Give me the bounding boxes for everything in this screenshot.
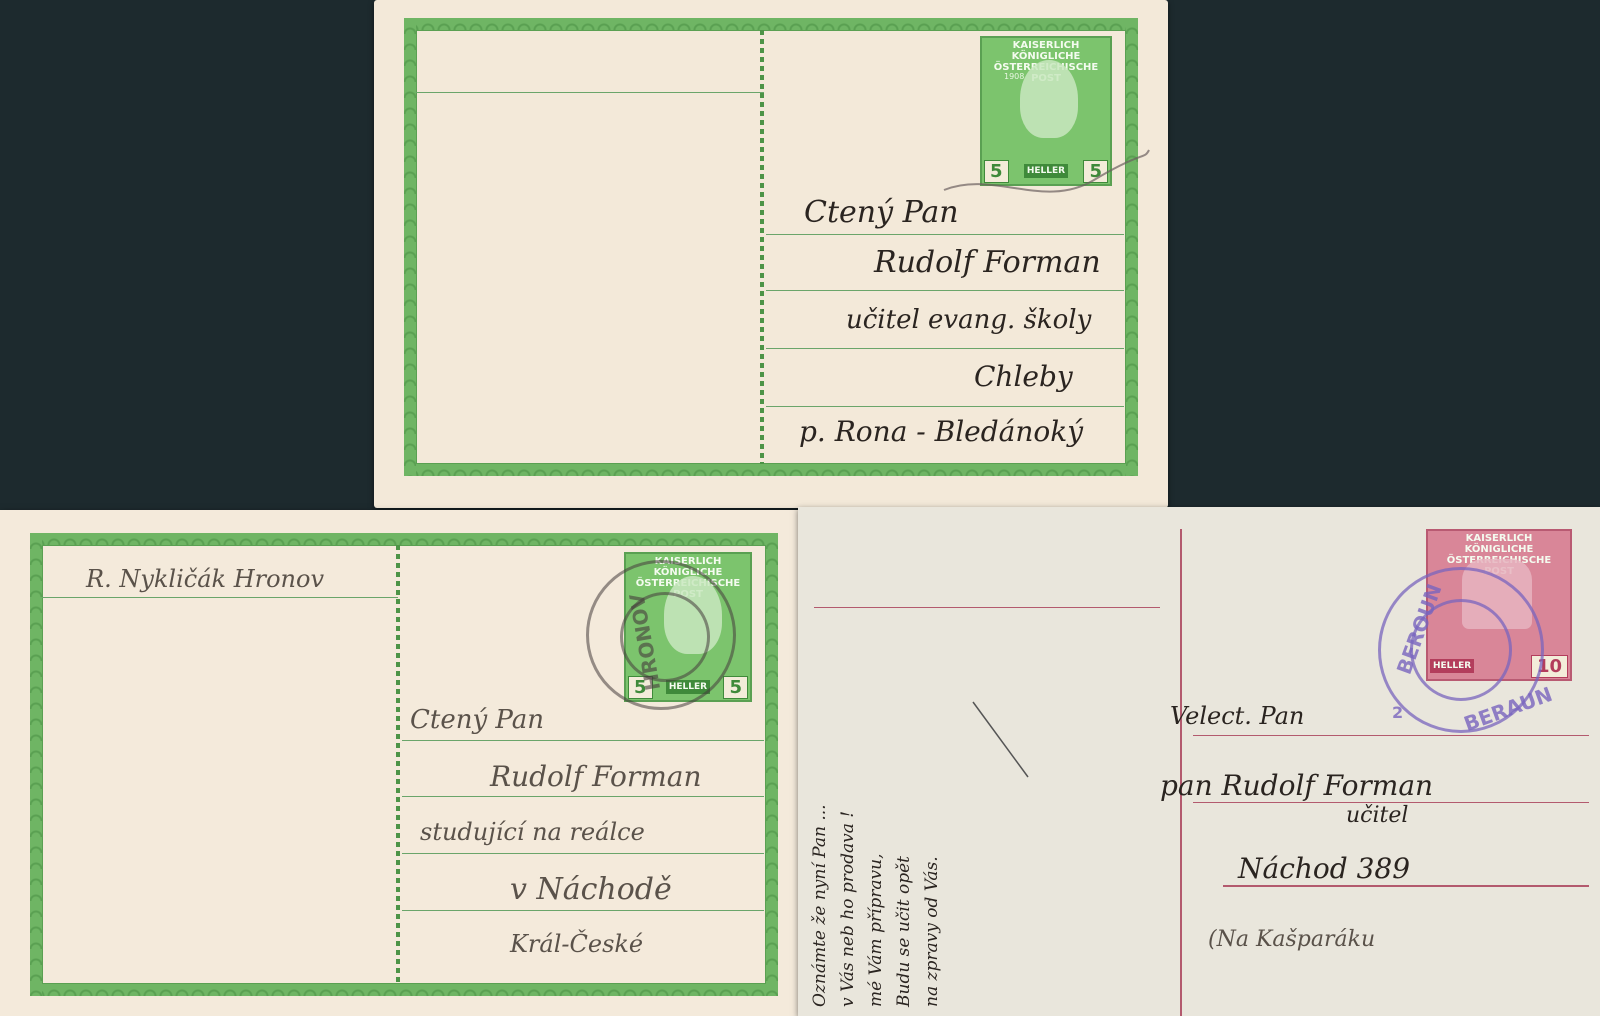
- postcard-bottom-right: KAISERLICH KÖNIGLICHE ÖSTERREICHISCHE PO…: [798, 507, 1600, 1016]
- dotted-divider: [760, 30, 764, 464]
- address-line-3: učitel evang. školy: [846, 305, 1091, 335]
- address-line: [1193, 735, 1589, 736]
- address-line-1: Velect. Pan: [1170, 702, 1304, 730]
- address-line-5: p. Rona - Bledánoký: [799, 415, 1083, 448]
- address-line-3: učitel: [1346, 803, 1408, 828]
- dotted-divider: [396, 545, 400, 982]
- message-line: [814, 607, 1160, 608]
- message-line-1: Oznámte že nyní Pan ...: [806, 804, 834, 1007]
- ornamental-border-left: [30, 533, 42, 996]
- address-line: [766, 406, 1124, 407]
- message-line-2: v Vás neb ho prodava !: [834, 804, 862, 1007]
- address-line-5: Král-České: [510, 930, 643, 958]
- stamp-value-right: 5: [723, 676, 748, 699]
- address-line: [766, 234, 1124, 235]
- ornamental-border-left: [404, 18, 416, 476]
- ornamental-border-bottom: [404, 464, 1138, 476]
- sender-line: [42, 597, 398, 598]
- message-line-3: mé Vám přípravu,: [862, 804, 890, 1007]
- stamp-year: 1908: [1004, 72, 1024, 81]
- ornamental-border-right: [1126, 18, 1138, 476]
- ornamental-border-top: [30, 533, 778, 545]
- address-line-3: studující na reálce: [420, 818, 645, 846]
- pen-stroke: [968, 697, 1038, 787]
- postcard-bottom-left: R. Nykličák Hronov KAISERLICH KÖNIGLICHE…: [0, 510, 798, 1016]
- address-line: [766, 290, 1124, 291]
- address-line-2: Rudolf Forman: [490, 760, 702, 793]
- sender-name: R. Nykličák Hronov: [86, 565, 324, 593]
- ornamental-border-right: [766, 533, 778, 996]
- postcard-top: KAISERLICH KÖNIGLICHE ÖSTERREICHISCHE PO…: [374, 0, 1168, 508]
- ornamental-border-top: [404, 18, 1138, 30]
- address-line: [402, 796, 764, 797]
- address-line-2: pan Rudolf Forman: [1160, 769, 1433, 802]
- ornamental-border-bottom: [30, 984, 778, 996]
- address-line: [402, 910, 764, 911]
- wavy-cancellation: [934, 120, 1154, 210]
- address-line-4: Chleby: [974, 360, 1073, 393]
- address-line: [402, 853, 764, 854]
- postmark-number: 2: [1392, 703, 1403, 722]
- address-line-1: Ctený Pan: [804, 195, 959, 230]
- address-line: [402, 740, 764, 741]
- message-line-5: na zpravy od Vás.: [918, 804, 946, 1007]
- address-line-2: Rudolf Forman: [874, 245, 1101, 280]
- address-line-4: Náchod 389: [1238, 852, 1410, 885]
- address-line: [766, 348, 1124, 349]
- message-text: Oznámte že nyní Pan ... v Vás neb ho pro…: [806, 804, 946, 1007]
- sender-line: [416, 92, 764, 93]
- address-line-1: Ctený Pan: [410, 705, 544, 735]
- address-line-4: v Náchodě: [510, 872, 672, 907]
- address-line: [1223, 885, 1589, 887]
- message-line-4: Budu se učit opět: [890, 804, 918, 1007]
- address-line-5: (Na Kašparáku: [1208, 927, 1375, 952]
